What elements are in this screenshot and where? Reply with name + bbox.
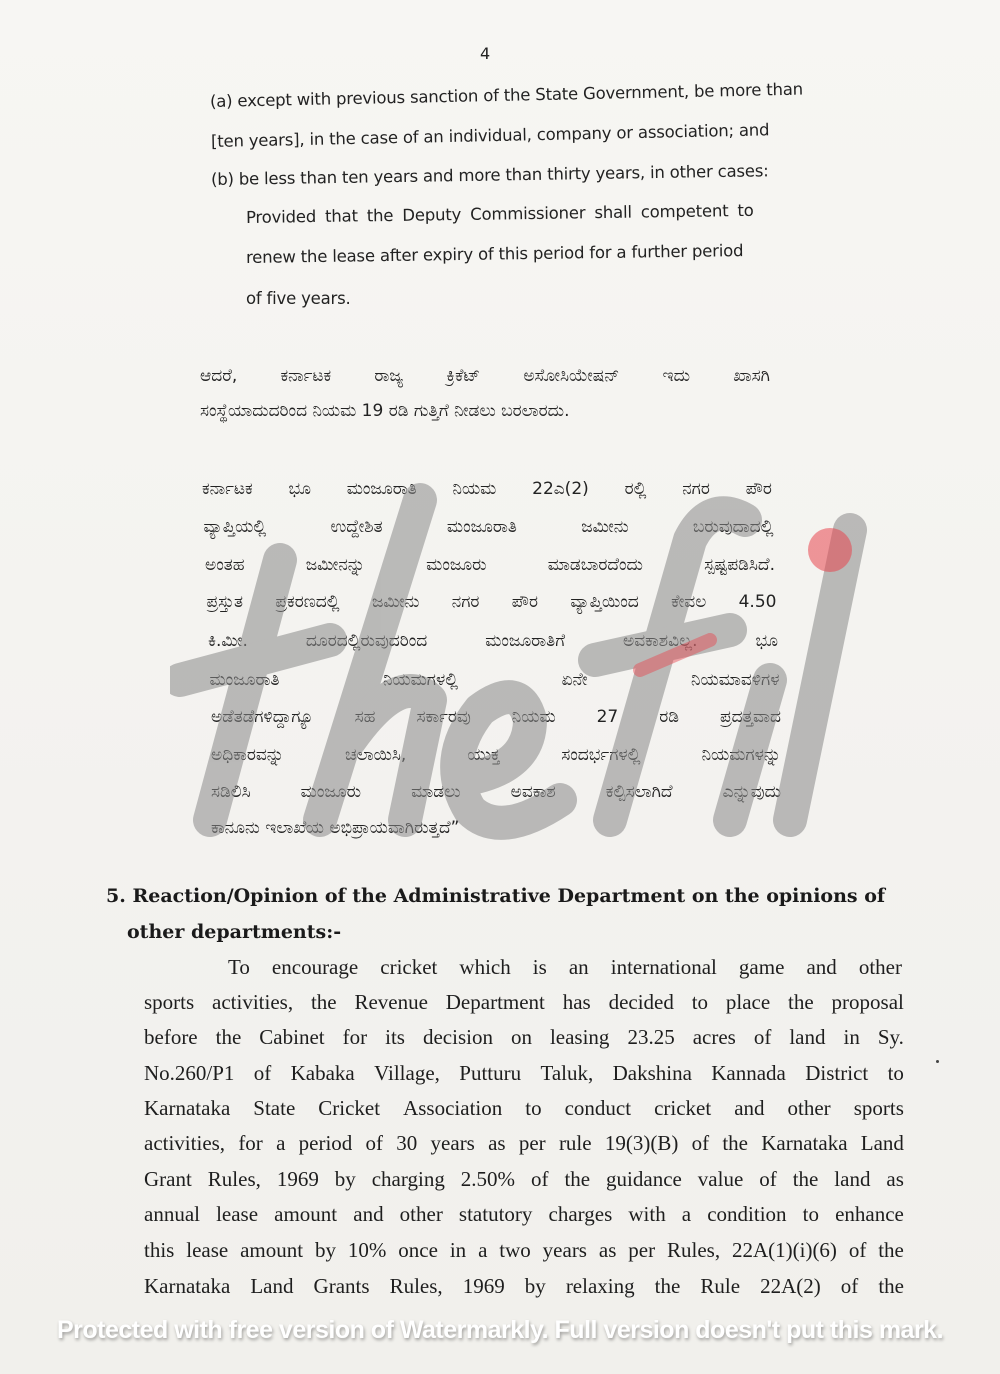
word: for [343, 1025, 368, 1050]
word: cricket [654, 1096, 711, 1121]
kannada-word: ಸ್ಪಷ್ಟಪಡಿಸಿದೆ. [704, 555, 775, 575]
word: rule [559, 1131, 592, 1156]
watermark-banner: Protected with free version of Watermark… [0, 1316, 1000, 1345]
kannada-word: ದೂರದಲ್ಲಿರುವುದರಿಂದ [306, 631, 427, 651]
word: Sy. [878, 1025, 904, 1050]
word: a [682, 1202, 691, 1227]
word: in [843, 1025, 859, 1050]
word: the [793, 1167, 819, 1192]
section5-body-line: GrantRules,1969bycharging2.50%oftheguida… [144, 1167, 904, 1192]
kannada-word: ಅವಕಾಶವಿಲ್ಲ. [623, 631, 698, 651]
kannada-word: ನಿಯಮ [453, 479, 497, 499]
kannada-word: ಕರ್ನಾಟಕ [202, 479, 253, 499]
word: the [564, 1167, 590, 1192]
word: period [299, 1131, 353, 1156]
word: 30 [396, 1131, 417, 1156]
section5-body-line: beforetheCabinetforitsdecisiononleasing2… [144, 1025, 904, 1050]
word: land [789, 1025, 825, 1050]
word: Revenue [354, 990, 427, 1015]
kannada-word: ಪೌರ [512, 592, 538, 612]
word: in [450, 1238, 466, 1263]
kannada-word: ಎನ್ನುವುದು [723, 782, 781, 802]
word: value [698, 1167, 743, 1192]
word: 22A(1)(i)(6) [732, 1238, 837, 1263]
word: and [806, 955, 836, 980]
kannada-word: ನಿಯಮಾವಳಿಗಳ [691, 670, 779, 690]
kannada-para2-line: ವ್ಯಾಪ್ತಿಯಲ್ಲಿಉದ್ದೇಶಿತಮಂಜೂರಾತಿಜಮೀನುಬರುವುದ… [204, 517, 774, 537]
kannada-word: ಮಂಜೂರಾತಿಗೆ [485, 631, 565, 651]
section5-body-line: annualleaseamountandotherstatutorycharge… [144, 1202, 904, 1227]
kannada-word: ರಾಜ್ಯ [374, 366, 403, 386]
kannada-word: ನಗರ [682, 479, 710, 499]
kannada-para2-line: ಕಿ.ಮೀ.ದೂರದಲ್ಲಿರುವುದರಿಂದಮಂಜೂರಾತಿಗೆಅವಕಾಶವಿ… [208, 631, 778, 651]
kannada-word: ಪ್ರಕರಣದಲ್ಲಿ [275, 592, 339, 612]
kannada-para2-line: ಕರ್ನಾಟಕಭೂಮಂಜೂರಾತಿನಿಯಮ22ಎ(2)ರಲ್ಲಿನಗರಪೌರ [202, 479, 772, 499]
kannada-para2-line: ಕಾನೂನು ಇಲಾಖೆಯ ಅಭಿಪ್ರಾಯವಾಗಿರುತ್ತದೆ” [211, 818, 459, 838]
kannada-word: ಕಲ್ಪಿಸಲಾಗಿದೆ [606, 782, 673, 802]
kannada-word: ಅಧಿಕಾರವನ್ನು [211, 745, 284, 765]
word: Cabinet [259, 1025, 324, 1050]
word: with [628, 1202, 665, 1227]
kannada-word: ಮಂಜೂರಾತಿ [447, 517, 517, 537]
word: Grant [144, 1167, 192, 1192]
kannada-word: ಆದರೆ, [200, 366, 237, 386]
kannada-word: ಮಂಜೂರು [426, 555, 486, 575]
proviso-line: renew the lease after expiry of this per… [246, 241, 744, 267]
word: its [385, 1025, 405, 1050]
kannada-para1-line: ಸಂಸ್ಥೆಯಾದುದರಿಂದ ನಿಯಮ 19 ರಡಿ ಗುತ್ತಿಗೆ ನೀಡ… [200, 401, 569, 421]
word: is [533, 955, 547, 980]
section5-heading: 5. Reaction/Opinion of the Administrativ… [106, 885, 885, 907]
word: condition [707, 1202, 786, 1227]
kannada-word: ನಗರ [452, 592, 480, 612]
kannada-word: ಏನೇ [562, 670, 588, 690]
word: the [216, 1025, 242, 1050]
word: Rules, [667, 1238, 720, 1263]
word: has [563, 990, 591, 1015]
word: and [734, 1096, 764, 1121]
word: sports [144, 990, 194, 1015]
clause-b: (b) be less than ten years and more than… [211, 161, 769, 189]
word: by [335, 1167, 356, 1192]
word: Kannada [711, 1061, 786, 1086]
section5-heading-cont: other departments:- [127, 921, 341, 943]
section5-body-line: activities,foraperiodof30yearsasperrule1… [144, 1131, 904, 1156]
word: cricket [380, 955, 437, 980]
word: as [488, 1131, 506, 1156]
kannada-para2-line: ಅಂತಹಜಮೀನನ್ನುಮಂಜೂರುಮಾಡಬಾರದೆಂದುಸ್ಪಷ್ಟಪಡಿಸಿ… [205, 555, 775, 575]
word: lease [216, 1202, 258, 1227]
word: Taluk, [540, 1061, 593, 1086]
word: 2.50% [461, 1167, 515, 1192]
word: 10% [348, 1238, 387, 1263]
kannada-word: ಮಾಡಲು [411, 782, 460, 802]
word: to [525, 1096, 541, 1121]
word: 22A(2) [760, 1274, 821, 1299]
clause-a-line2: [ten years], in the case of an individua… [211, 120, 770, 151]
section5-body-line: KarnatakaLandGrantsRules,1969byrelaxingt… [144, 1274, 904, 1299]
kannada-word: 4.50 [739, 592, 777, 612]
word: per [519, 1131, 546, 1156]
word: Rules, [208, 1167, 261, 1192]
speck [936, 1060, 939, 1063]
kannada-word: ಮಂಜೂರಾತಿ [210, 670, 280, 690]
word: the [311, 990, 337, 1015]
kannada-word: ಭೂ [755, 631, 777, 651]
word: before [144, 1025, 198, 1050]
word: a [276, 1131, 285, 1156]
word: annual [144, 1202, 200, 1227]
word: which [459, 955, 510, 980]
word: the [878, 1238, 904, 1263]
word: the [878, 1274, 904, 1299]
section5-body-line: sportsactivities,theRevenueDepartmenthas… [144, 990, 904, 1015]
kannada-word: ಸಡಿಲಿಸಿ [211, 782, 251, 802]
kannada-word: ಅಂತಹ [205, 555, 245, 575]
word: amount [274, 1202, 337, 1227]
kannada-word: ಯುಕ್ತ [467, 745, 500, 765]
kannada-word: ಜಮೀನು [372, 592, 419, 612]
kannada-word: ಸಂದರ್ಭಗಳಲ್ಲಿ [561, 745, 640, 765]
word: relaxing [566, 1274, 635, 1299]
word: as [886, 1167, 904, 1192]
word: Karnataka [761, 1131, 847, 1156]
proviso-line: Provided that the Deputy Commissioner sh… [246, 201, 754, 227]
word: once [398, 1238, 438, 1263]
word: Rule [700, 1274, 740, 1299]
kannada-word: ಪೌರ [746, 479, 772, 499]
word: an [569, 955, 589, 980]
word: Dakshina [613, 1061, 692, 1086]
word: other [859, 955, 902, 980]
word: Karnataka [144, 1274, 230, 1299]
word: Kabaka [291, 1061, 355, 1086]
kannada-word: ಮಂಜೂರು [301, 782, 361, 802]
word: of [254, 1061, 272, 1086]
word: of [849, 1238, 867, 1263]
word: 1969 [277, 1167, 319, 1192]
kannada-word: ಚಲಾಯಿಸಿ, [345, 745, 406, 765]
word: statutory [459, 1202, 533, 1227]
clause-a-line1: (a) except with previous sanction of the… [210, 80, 803, 111]
kannada-word: ವ್ಯಾಪ್ತಿಯಿಂದ [570, 592, 638, 612]
kannada-word: ವ್ಯಾಪ್ತಿಯಲ್ಲಿ [204, 517, 267, 537]
kannada-para2-line: ಸಡಿಲಿಸಿಮಂಜೂರುಮಾಡಲುಅವಕಾಶಕಲ್ಪಿಸಲಾಗಿದೆಎನ್ನು… [211, 782, 781, 802]
section5-body-line: No.260/P1ofKabakaVillage,PutturuTaluk,Da… [144, 1061, 904, 1086]
document-page: 4 (a) except with previous sanction of t… [0, 0, 1000, 1374]
section5-body-line: Toencouragecricketwhichisaninternational… [228, 955, 902, 980]
section5-body-line: thisleaseamountby10%onceinatwoyearsasper… [144, 1238, 904, 1263]
word: leasing [550, 1025, 609, 1050]
word: the [722, 1131, 748, 1156]
word: to [803, 1202, 819, 1227]
word: proposal [832, 990, 904, 1015]
word: of [366, 1131, 384, 1156]
kannada-word: 22ಎ(2) [532, 479, 589, 499]
kannada-word: ನಿಯಮಗಳನ್ನು [702, 745, 781, 765]
word: and [353, 1202, 383, 1227]
kannada-word: ಅಸೋಸಿಯೇಷನ್ [523, 366, 619, 386]
kannada-word: ಭೂ [288, 479, 310, 499]
word: Rules, [390, 1274, 443, 1299]
word: charges [549, 1202, 613, 1227]
word: Land [861, 1131, 904, 1156]
word: activities, [144, 1131, 225, 1156]
kannada-word: ಪ್ರದತ್ತವಾದ [720, 707, 781, 727]
word: 19(3)(B) [605, 1131, 678, 1156]
word: to [692, 990, 708, 1015]
word: District [805, 1061, 868, 1086]
word: by [525, 1274, 546, 1299]
word: two [499, 1238, 531, 1263]
word: activities, [212, 990, 293, 1015]
word: the [788, 990, 814, 1015]
proviso-line: of five years. [246, 289, 351, 308]
word: Cricket [318, 1096, 380, 1121]
kannada-word: ಕೇವಲ [671, 592, 706, 612]
word: conduct [565, 1096, 631, 1121]
word: of [692, 1131, 710, 1156]
word: decision [423, 1025, 493, 1050]
word: charging [372, 1167, 445, 1192]
section5-body-line: KarnatakaStateCricketAssociationtoconduc… [144, 1096, 904, 1121]
word: Department [446, 990, 545, 1015]
kannada-para2-line: ಅಧಿಕಾರವನ್ನುಚಲಾಯಿಸಿ,ಯುಕ್ತಸಂದರ್ಭಗಳಲ್ಲಿನಿಯಮ… [211, 745, 781, 765]
word: decided [609, 990, 674, 1015]
word: acres [693, 1025, 736, 1050]
word: State [253, 1096, 295, 1121]
word: guidance [606, 1167, 682, 1192]
word: sports [854, 1096, 904, 1121]
kannada-word: ಇದು [663, 366, 690, 386]
kannada-word: ಮಾಡಬಾರದೆಂದು [548, 555, 643, 575]
kannada-para2-line: ಪ್ರಸ್ತುತಪ್ರಕರಣದಲ್ಲಿಜಮೀನುನಗರಪೌರವ್ಯಾಪ್ತಿಯಿ… [207, 592, 777, 612]
word: lease [186, 1238, 228, 1263]
kannada-para1-line: ಆದರೆ,ಕರ್ನಾಟಕರಾಜ್ಯಕ್ರಿಕೆಟ್ಅಸೋಸಿಯೇಷನ್ಇದುಖಾ… [200, 366, 770, 386]
word: for [238, 1131, 263, 1156]
kannada-word: ಅಡೆತಡೆಗಳಿದ್ದಾಗ್ಯೂ [211, 707, 314, 727]
kannada-word: ಕ್ರಿಕೆಟ್ [446, 366, 480, 386]
word: this [144, 1238, 174, 1263]
word: Village, [374, 1061, 440, 1086]
kannada-word: ಬರುವುದಾದಲ್ಲಿ [693, 517, 774, 537]
page-number: 4 [480, 44, 490, 63]
word: Putturu [459, 1061, 521, 1086]
kannada-word: ಕಿ.ಮೀ. [208, 631, 248, 651]
word: place [726, 990, 770, 1015]
kannada-word: ಅವಕಾಶ [511, 782, 556, 802]
word: international [611, 955, 717, 980]
word: land [834, 1167, 870, 1192]
kannada-word: ಜಮೀನು [581, 517, 628, 537]
word: years [543, 1238, 587, 1263]
kannada-word: ಕರ್ನಾಟಕ [281, 366, 332, 386]
word: Grants [314, 1274, 370, 1299]
kannada-word: ನಿಯಮ [512, 707, 556, 727]
word: as [599, 1238, 617, 1263]
word: enhance [835, 1202, 904, 1227]
word: per [628, 1238, 655, 1263]
kannada-para2-line: ಮಂಜೂರಾತಿನಿಯಮಗಳಲ್ಲಿಏನೇನಿಯಮಾವಳಿಗಳ [210, 670, 780, 690]
kannada-word: ಸರ್ಕಾರವು [416, 707, 470, 727]
kannada-word: ಉದ್ದೇಶಿತ [330, 517, 382, 537]
word: To [228, 955, 250, 980]
kannada-para2-line: ಅಡೆತಡೆಗಳಿದ್ದಾಗ್ಯೂಸಹಸರ್ಕಾರವುನಿಯಮ27ರಡಿಪ್ರದ… [211, 707, 781, 727]
word: of [759, 1167, 777, 1192]
word: Karnataka [144, 1096, 230, 1121]
kannada-word: ಸಹ [355, 707, 376, 727]
word: amount [240, 1238, 303, 1263]
word: of [841, 1274, 859, 1299]
kannada-word: ನಿಯಮಗಳಲ್ಲಿ [383, 670, 458, 690]
word: on [511, 1025, 532, 1050]
word: other [400, 1202, 443, 1227]
word: Association [403, 1096, 502, 1121]
word: to [888, 1061, 904, 1086]
word: Land [250, 1274, 293, 1299]
kannada-word: ಪ್ರಸ್ತುತ [207, 592, 244, 612]
word: by [315, 1238, 336, 1263]
kannada-word: ರಡಿ [659, 707, 679, 727]
word: game [739, 955, 784, 980]
kannada-word: ಖಾಸಗಿ [733, 366, 770, 386]
word: No.260/P1 [144, 1061, 234, 1086]
word: other [788, 1096, 831, 1121]
kannada-word: ರಲ್ಲಿ [625, 479, 647, 499]
word: 1969 [463, 1274, 505, 1299]
word: a [478, 1238, 487, 1263]
word: of [754, 1025, 772, 1050]
word: the [655, 1274, 681, 1299]
word: of [531, 1167, 549, 1192]
word: years [431, 1131, 475, 1156]
kannada-word: ಜಮೀನನ್ನು [306, 555, 365, 575]
word: 23.25 [627, 1025, 674, 1050]
word: encourage [272, 955, 358, 980]
kannada-word: 27 [597, 707, 619, 727]
kannada-word: ಮಂಜೂರಾತಿ [347, 479, 417, 499]
